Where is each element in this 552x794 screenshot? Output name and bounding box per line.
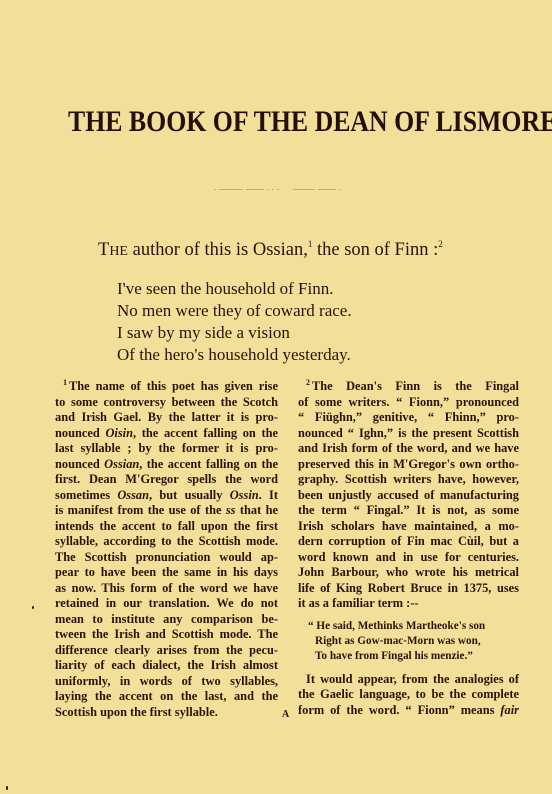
- italic-term: fair: [500, 703, 519, 717]
- ornament-segment: [318, 189, 336, 190]
- footnote-line: It would appear, from the analogies of: [298, 672, 519, 688]
- footnote-line: syllable, according to the Scottish mode…: [55, 534, 278, 550]
- verse-line: No men were they of coward race.: [117, 300, 352, 322]
- footnote-line: Irish scholars have maintained, a mo-: [298, 519, 519, 535]
- italic-term: Ossian: [104, 457, 139, 471]
- footnote-line: tween the Irish and Scottish mode. The: [55, 627, 278, 643]
- footnote-number: 1: [63, 378, 67, 387]
- footnote-line: last syllable ; by the former it is pro-: [55, 441, 278, 457]
- signature-mark: A: [282, 709, 289, 721]
- footnote-1: 1The name of this poet has given riseto …: [55, 379, 278, 720]
- ornament-dot: [277, 189, 279, 190]
- footnote-line: retained in our translation. We do not: [55, 596, 278, 612]
- margin-speck: [6, 786, 8, 790]
- footnote-line: laying the accent on the last, and the: [55, 689, 278, 705]
- footnote-line: Scottish upon the first syllable.: [55, 705, 278, 721]
- small-caps-initial: T: [98, 240, 109, 260]
- ornament-segment: [293, 189, 315, 190]
- quote-line: “ He said, Methinks Martheoke's son: [298, 619, 519, 634]
- small-caps-rest: HE: [109, 244, 128, 259]
- footnote-line: been unjustly accused of manufacturing: [298, 488, 519, 504]
- ornament-dot: [267, 189, 269, 190]
- footnote-line: “ Fiüghn,” genitive, “ Fhinn,” pro-: [298, 410, 519, 426]
- verse-line: Of the hero's household yesterday.: [117, 344, 352, 366]
- page-title: THE BOOK OF THE DEAN OF LISMORE.: [68, 104, 426, 140]
- italic-term: Ossin: [230, 488, 259, 502]
- footnote-line: nounced “ Ighn,” is the present Scottish: [298, 426, 519, 442]
- footnote-line: graphy. Scottish writers have, however,: [298, 472, 519, 488]
- footnote-line: 1The name of this poet has given rise: [55, 379, 278, 395]
- footnote-line: it as a familiar term :--: [298, 596, 519, 612]
- footnote-line: dern corruption of Fin mac Cùil, but a: [298, 534, 519, 550]
- ornament-segment: [246, 189, 264, 190]
- footnote-line: is manifest from the use of the ss that …: [55, 503, 278, 519]
- intro-text: author of this is Ossian,: [128, 240, 308, 260]
- italic-term: ss: [226, 503, 236, 517]
- intro-text-2: the son of Finn :: [312, 240, 438, 260]
- footnote-line: form of the word. “ Fionn” means fair: [298, 703, 519, 719]
- footnote-line: liarity of each dialect, the Irish almos…: [55, 658, 278, 674]
- footnote-number: 2: [306, 378, 310, 387]
- footnote-line: uniformly, in words of two syllables,: [55, 674, 278, 690]
- footnote-line: sometimes Ossan, but usually Ossin. It: [55, 488, 278, 504]
- italic-term: Ossan: [117, 488, 149, 502]
- footnote-ref-2: 2: [438, 239, 443, 249]
- verse-block: I've seen the household of Finn. No men …: [117, 278, 352, 366]
- ornament-dot: [272, 189, 274, 190]
- intro-sentence: THE author of this is Ossian,1 the son o…: [98, 239, 443, 263]
- footnote-line: life of King Robert Bruce in 1375, uses: [298, 581, 519, 597]
- footnote-line: the Gaelic language, to be the complete: [298, 687, 519, 703]
- footnote-line: John Barbour, who wrote his metrical: [298, 565, 519, 581]
- footnote-line: and Irish Gael. By the latter it is pro-: [55, 410, 278, 426]
- footnote-line: the term “ Fingal.” It is not, as some: [298, 503, 519, 519]
- quote-line: To have from Fingal his menzie.”: [298, 649, 519, 664]
- footnote-line: preserved this in M'Gregor's own ortho-: [298, 457, 519, 473]
- ornament-dot: [214, 189, 216, 190]
- ornament-divider: [214, 188, 356, 190]
- footnote-line: mean to institute any comparison be-: [55, 612, 278, 628]
- footnote-line: first. Dean M'Gregor spells the word: [55, 472, 278, 488]
- footnote-line: and Irish form of the word, and we have: [298, 441, 519, 457]
- footnote-line: word known and in use for centuries.: [298, 550, 519, 566]
- barbour-quote: “ He said, Methinks Martheoke's sonRight…: [298, 619, 519, 664]
- verse-line: I saw by my side a vision: [117, 322, 352, 344]
- footnote-line: to some controversy between the Scotch: [55, 395, 278, 411]
- quote-line: Right as Gow-mac-Morn was won,: [298, 634, 519, 649]
- ornament-dot: [339, 189, 341, 190]
- footnote-line: nounced Oisin, the accent falling on the: [55, 426, 278, 442]
- footnote-line: 2The Dean's Finn is the Fingal: [298, 379, 519, 395]
- italic-term: Oisin: [105, 426, 133, 440]
- footnote-line: The Scottish pronunciation would ap-: [55, 550, 278, 566]
- footnote-line: difference clearly arises from the pecu-: [55, 643, 278, 659]
- verse-line: I've seen the household of Finn.: [117, 278, 352, 300]
- footnote-line: of some writers. “ Fionn,” pronounced: [298, 395, 519, 411]
- footnote-line: as now. This form of the word we have: [55, 581, 278, 597]
- footnote-line: nounced Ossian, the accent falling on th…: [55, 457, 278, 473]
- footnote-2: 2The Dean's Finn is the Fingalof some wr…: [298, 379, 519, 718]
- footnote-line: intends the accent to fall upon the firs…: [55, 519, 278, 535]
- ornament-segment: [219, 189, 243, 190]
- footnote-line: pear to have been the same in his days: [55, 565, 278, 581]
- margin-speck: [32, 606, 34, 609]
